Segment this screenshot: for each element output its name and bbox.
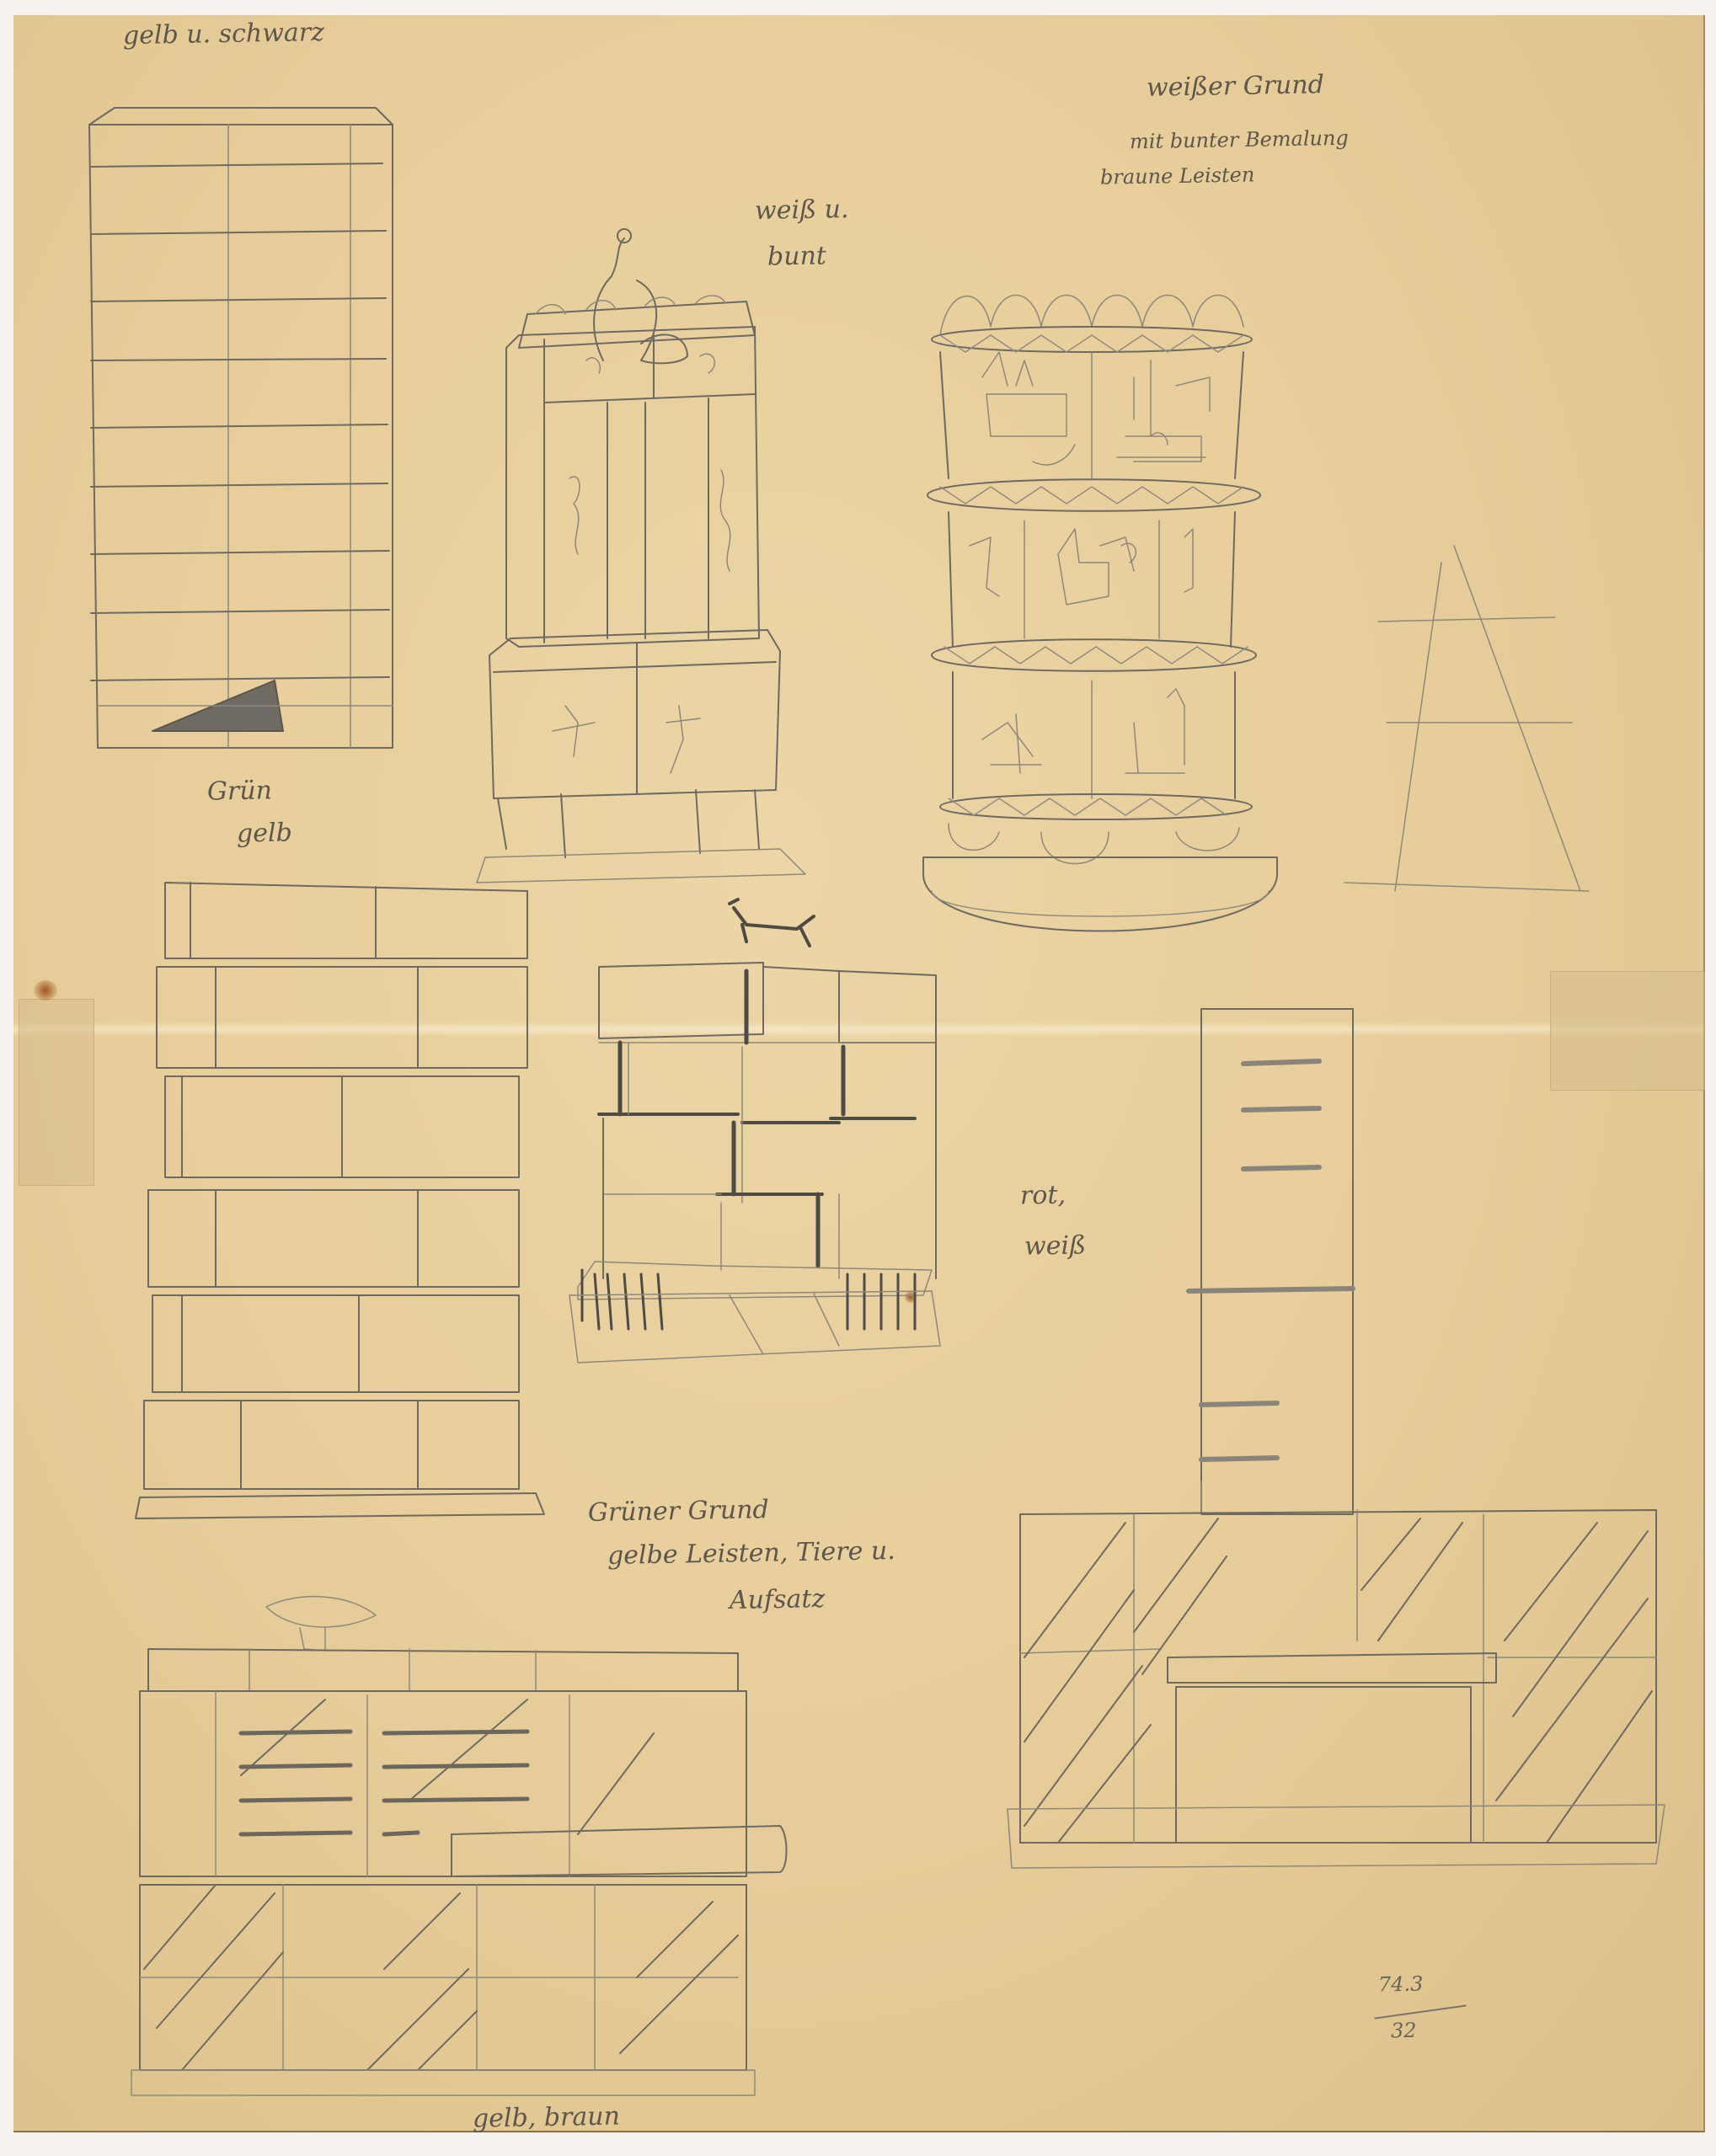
stove-4-drawing — [131, 866, 553, 1523]
annotation-stove-7: gelb, braun — [473, 2102, 620, 2132]
annotation-stove-3-line-1: weißer Grund — [1147, 71, 1324, 102]
annotation-stove-4-line-2: gelb — [237, 819, 292, 847]
catalog-divider — [1374, 2004, 1466, 2019]
catalog-number-bottom: 32 — [1391, 2020, 1417, 2042]
annotation-stove-3-line-3: braune Leisten — [1100, 163, 1255, 189]
stove-5-drawing — [561, 891, 949, 1481]
annotation-stove-5-line-1: Grüner Grund — [588, 1496, 769, 1527]
stain-spot — [34, 980, 57, 1001]
annotation-stove-1: gelb u. schwarz — [123, 19, 324, 50]
stove-1-drawing — [72, 91, 409, 765]
stove-6-drawing — [1008, 1001, 1665, 1876]
tape-left — [19, 999, 94, 1186]
stove-3-drawing — [915, 268, 1294, 942]
triangle-sketch — [1336, 537, 1639, 891]
stove-7-drawing — [131, 1582, 805, 2104]
annotation-stove-5-line-2: gelbe Leisten, Tiere u. — [607, 1537, 895, 1570]
stove-2-drawing — [468, 200, 822, 883]
catalog-number-top: 74.3 — [1378, 1973, 1424, 1996]
annotation-stove-3-line-2: mit bunter Bemalung — [1130, 127, 1349, 153]
paper-sheet: gelb u. schwarz weiß u. bunt — [13, 15, 1705, 2132]
annotation-stove-4-line-1: Grün — [207, 776, 273, 805]
